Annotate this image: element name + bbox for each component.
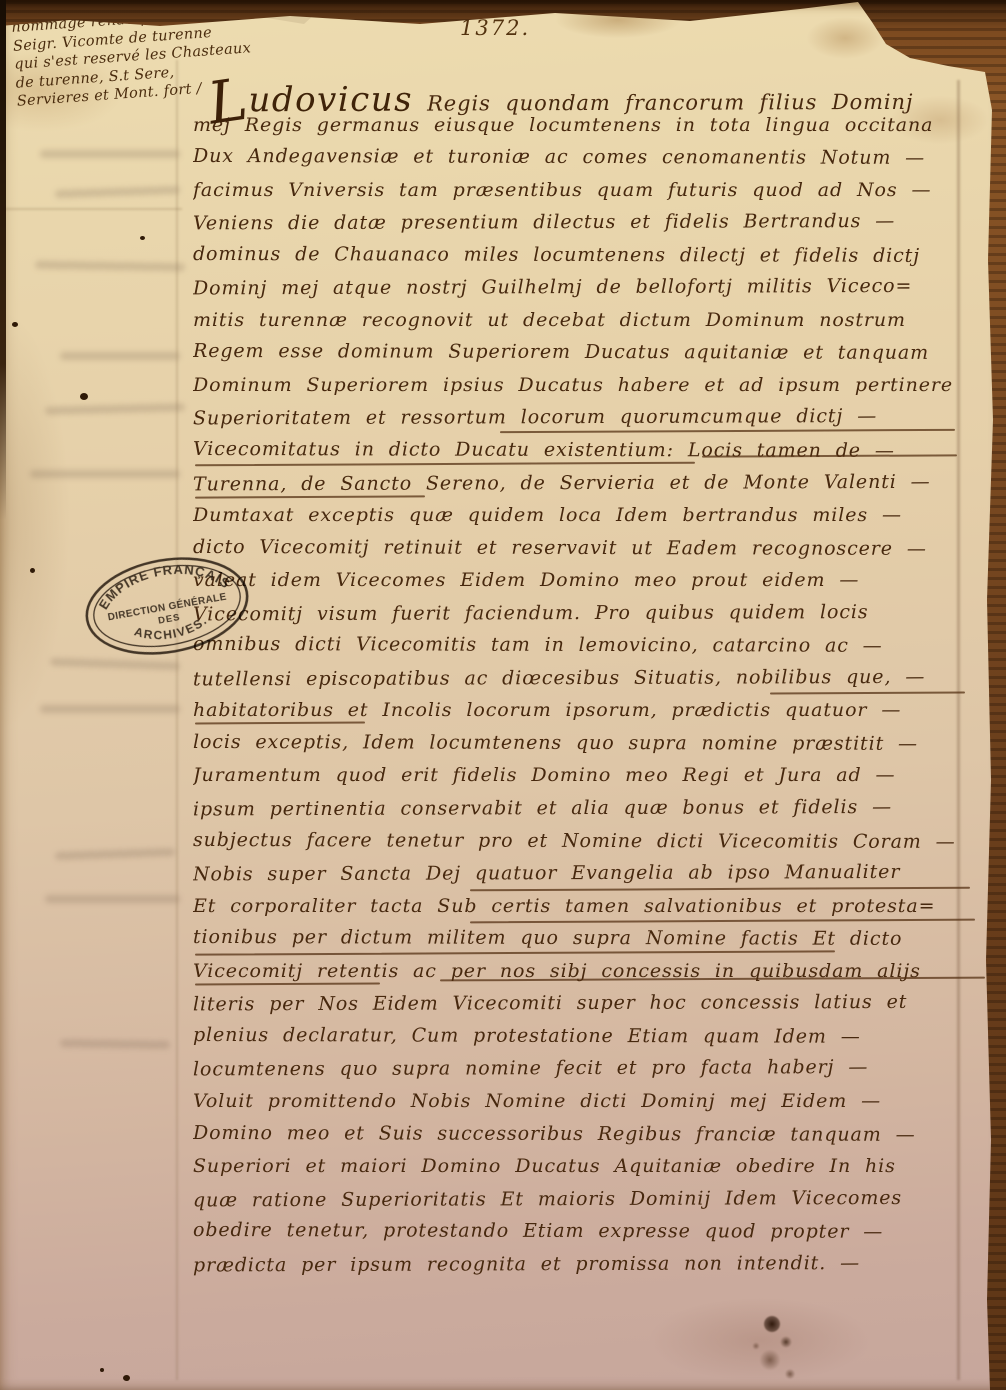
manuscript-line: Dumtaxat exceptis quæ quidem loca Idem b… [193,499,993,532]
manuscript-line: Superiori et maiori Domino Ducatus Aquit… [193,1150,993,1183]
ink-speck [140,236,145,240]
manuscript-line-text: Regis quondam francorum filius Dominj [427,90,913,116]
manuscript-line: Vicecomitj visum fuerit faciendum. Pro q… [193,595,993,630]
bleed-through-stroke [40,705,180,713]
manuscript-line: Dux Andegavensiæ et turoniæ ac comes cen… [193,140,993,175]
manuscript-line: prædicta per ipsum recognita et promissa… [193,1246,993,1280]
opening-initial: L [207,85,250,119]
manuscript-line: tutellensi episcopatibus ac diœcesibus S… [193,660,993,695]
manuscript-photo: hommage rendu par le Seigr. Vicomte de t… [0,0,1006,1390]
manuscript-line: ipsum pertinentia conservabit et alia qu… [193,791,993,826]
manuscript-line: locumtenens quo supra nomine fecit et pr… [193,1051,993,1086]
manuscript-line: Domino meo et Suis successoribus Regibus… [193,1116,993,1151]
bleed-through-stroke [60,1039,170,1049]
manuscript-line: dominus de Chauanaco miles locumtenens d… [193,238,993,273]
horizontal-crease [0,208,182,210]
manuscript-line: Juramentum quod erit fidelis Domino meo … [193,759,993,792]
manuscript-line: valeat idem Vicecomes Eidem Domino meo p… [193,564,993,597]
manuscript-line: omnibus dicti Vicecomitis tam in lemovic… [193,628,993,663]
ink-speck [100,1368,104,1372]
vertical-crease [176,60,178,1380]
bleed-through-stroke [45,403,185,415]
manuscript-line: obedire tenetur, protestando Etiam expre… [193,1214,993,1249]
bleed-through-stroke [40,150,180,158]
manuscript-line: Dominum Superiorem ipsius Ducatus habere… [193,369,993,402]
ink-speck [12,322,18,327]
manuscript-line: locis exceptis, Idem locumtenens quo sup… [193,726,993,761]
bleed-through-stroke [55,186,180,198]
bleed-through-stroke [30,470,180,478]
manuscript-line: subjectus facere tenetur pro et Nomine d… [193,824,993,859]
manuscript-text-block: LudovicusRegis quondam francorum filius … [193,76,993,1280]
manuscript-line: dicto Vicecomitj retinuit et reservavit … [193,531,993,566]
manuscript-line: Veniens die datæ presentium dilectus et … [193,205,993,240]
ink-blot [742,1308,812,1390]
manuscript-line: Dominj mej atque nostrj Guilhelmj de bel… [193,270,993,305]
manuscript-line: quæ ratione Superioritatis Et maioris Do… [193,1181,993,1216]
manuscript-line: Nobis super Sancta Dej quatuor Evangelia… [193,856,993,891]
bleed-through-stroke [35,261,185,272]
ink-speck [80,393,88,400]
manuscript-line: Regem esse dominum Superiorem Ducatus aq… [193,335,993,370]
manuscript-line: facimus Vniversis tam præsentibus quam f… [193,174,993,207]
ink-speck [30,568,35,573]
bleed-through-stroke [55,848,175,860]
manuscript-line: Voluit promittendo Nobis Nomine dicti Do… [193,1085,993,1118]
manuscript-line: plenius declaratur, Cum protestatione Et… [193,1019,993,1054]
binding-edge [0,0,6,520]
manuscript-line: LudovicusRegis quondam francorum filius … [193,76,993,110]
manuscript-line: literis per Nos Eidem Vicecomiti super h… [193,986,993,1021]
manuscript-line: Et corporaliter tacta Sub certis tamen s… [193,890,993,923]
ink-speck [123,1375,130,1381]
opening-word-rest: udovicus [248,80,413,121]
bleed-through-stroke [45,895,180,903]
manuscript-page: hommage rendu par le Seigr. Vicomte de t… [0,0,1006,1390]
bleed-through-stroke [60,352,180,360]
manuscript-line: mitis turennæ recognovit ut decebat dict… [193,304,993,337]
